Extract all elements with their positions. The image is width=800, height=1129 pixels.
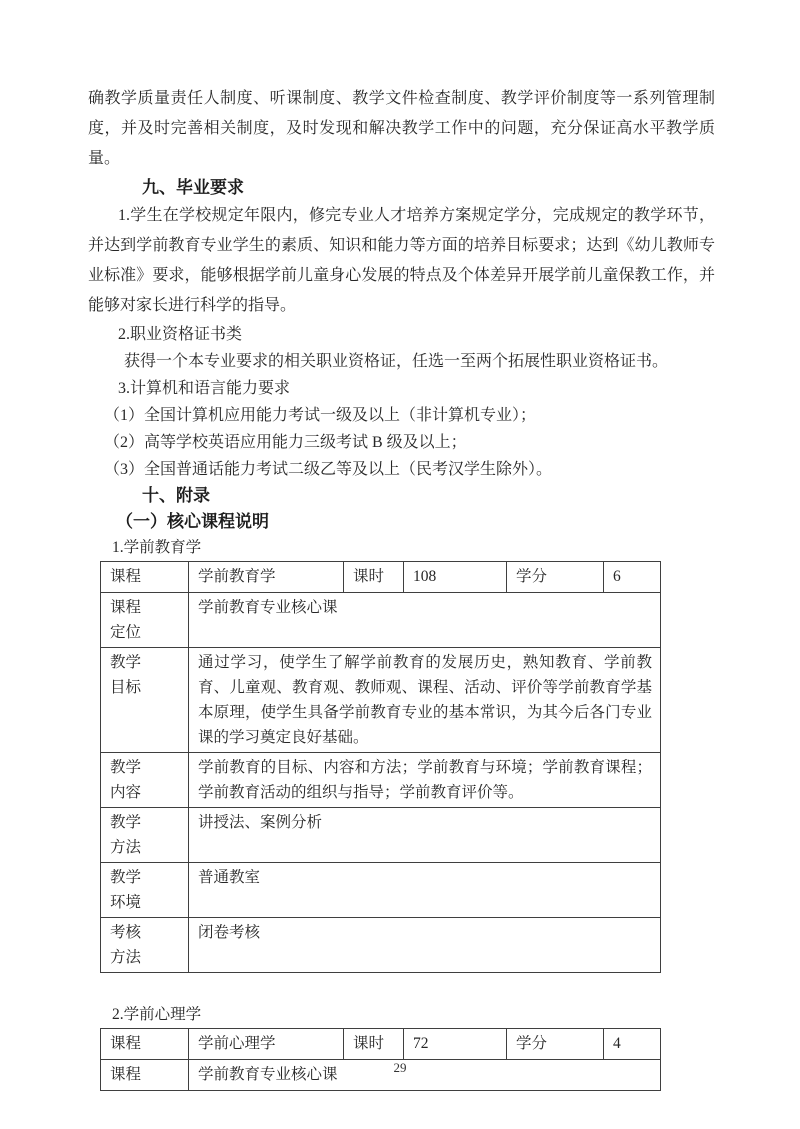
page-number: 29 [0,1060,800,1076]
cell-value: 通过学习，使学生了解学前教育的发展历史，熟知教育、学前教育、儿童观、教育观、教师… [189,648,661,753]
cell-value: 讲授法、案例分析 [189,808,661,863]
cell-value: 闭卷考核 [189,918,661,973]
cell-label: 教学 目标 [101,648,189,753]
requirement-sub-item-1: （1）全国计算机应用能力考试一级及以上（非计算机专业）； [88,402,715,429]
cell-label: 课程 [101,1029,189,1060]
requirement-sub-item-3: （3）全国普通话能力考试二级乙等及以上（民考汉学生除外）。 [88,456,715,483]
cell-label: 考核 方法 [101,918,189,973]
cell-value: 4 [604,1029,661,1060]
cell-label: 教学 方法 [101,808,189,863]
table-row: 教学 内容 学前教育的目标、内容和方法；学前教育与环境；学前教育课程；学前教育活… [101,753,661,808]
table-row: 课程 定位 学前教育专业核心课 [101,593,661,648]
cell-label: 课程 [101,562,189,593]
cell-label: 学分 [507,562,604,593]
cell-value: 6 [604,562,661,593]
course-2-caption: 2.学前心理学 [88,1002,715,1028]
graduation-requirement-item-1: 1.学生在学校规定年限内，修完专业人才培养方案规定学分，完成规定的教学环节，并达… [88,201,715,321]
section-10-heading: 十、附录 [88,483,715,509]
cell-label: 课程 定位 [101,593,189,648]
cell-label: 教学 内容 [101,753,189,808]
cell-label: 课时 [344,1029,404,1060]
table-row: 课程 学前心理学 课时 72 学分 4 [101,1029,661,1060]
cell-label: 课时 [344,562,404,593]
table-row: 教学 目标 通过学习，使学生了解学前教育的发展历史，熟知教育、学前教育、儿童观、… [101,648,661,753]
cell-label: 教学 环境 [101,863,189,918]
cell-value: 108 [404,562,507,593]
course-1-table: 课程 学前教育学 课时 108 学分 6 课程 定位 学前教育专业核心课 教学 … [100,561,661,973]
spacer [88,973,715,978]
course-1-caption: 1.学前教育学 [88,535,715,561]
document-page: 确教学质量责任人制度、听课制度、教学文件检查制度、教学评价制度等一系列管理制度，… [0,0,800,1129]
table-row: 教学 方法 讲授法、案例分析 [101,808,661,863]
cell-value: 学前教育的目标、内容和方法；学前教育与环境；学前教育课程；学前教育活动的组织与指… [189,753,661,808]
graduation-requirement-item-3-heading: 3.计算机和语言能力要求 [88,375,715,402]
intro-continuation-paragraph: 确教学质量责任人制度、听课制度、教学文件检查制度、教学评价制度等一系列管理制度，… [88,84,715,174]
cell-value: 学前教育专业核心课 [189,593,661,648]
table-row: 教学 环境 普通教室 [101,863,661,918]
document-body: 确教学质量责任人制度、听课制度、教学文件检查制度、教学评价制度等一系列管理制度，… [88,84,715,1091]
cell-value: 普通教室 [189,863,661,918]
cell-value: 学前教育学 [189,562,344,593]
core-course-subheading: （一）核心课程说明 [88,509,715,535]
cell-value: 72 [404,1029,507,1060]
cell-value: 学前心理学 [189,1029,344,1060]
requirement-sub-item-2: （2）高等学校英语应用能力三级考试 B 级及以上； [88,429,715,456]
graduation-requirement-item-2-heading: 2.职业资格证书类 [88,321,715,348]
cell-label: 学分 [507,1029,604,1060]
section-9-heading: 九、毕业要求 [88,174,715,201]
table-row: 考核 方法 闭卷考核 [101,918,661,973]
graduation-requirement-item-2-body: 获得一个本专业要求的相关职业资格证，任选一至两个拓展性职业资格证书。 [88,348,715,375]
table-row: 课程 学前教育学 课时 108 学分 6 [101,562,661,593]
